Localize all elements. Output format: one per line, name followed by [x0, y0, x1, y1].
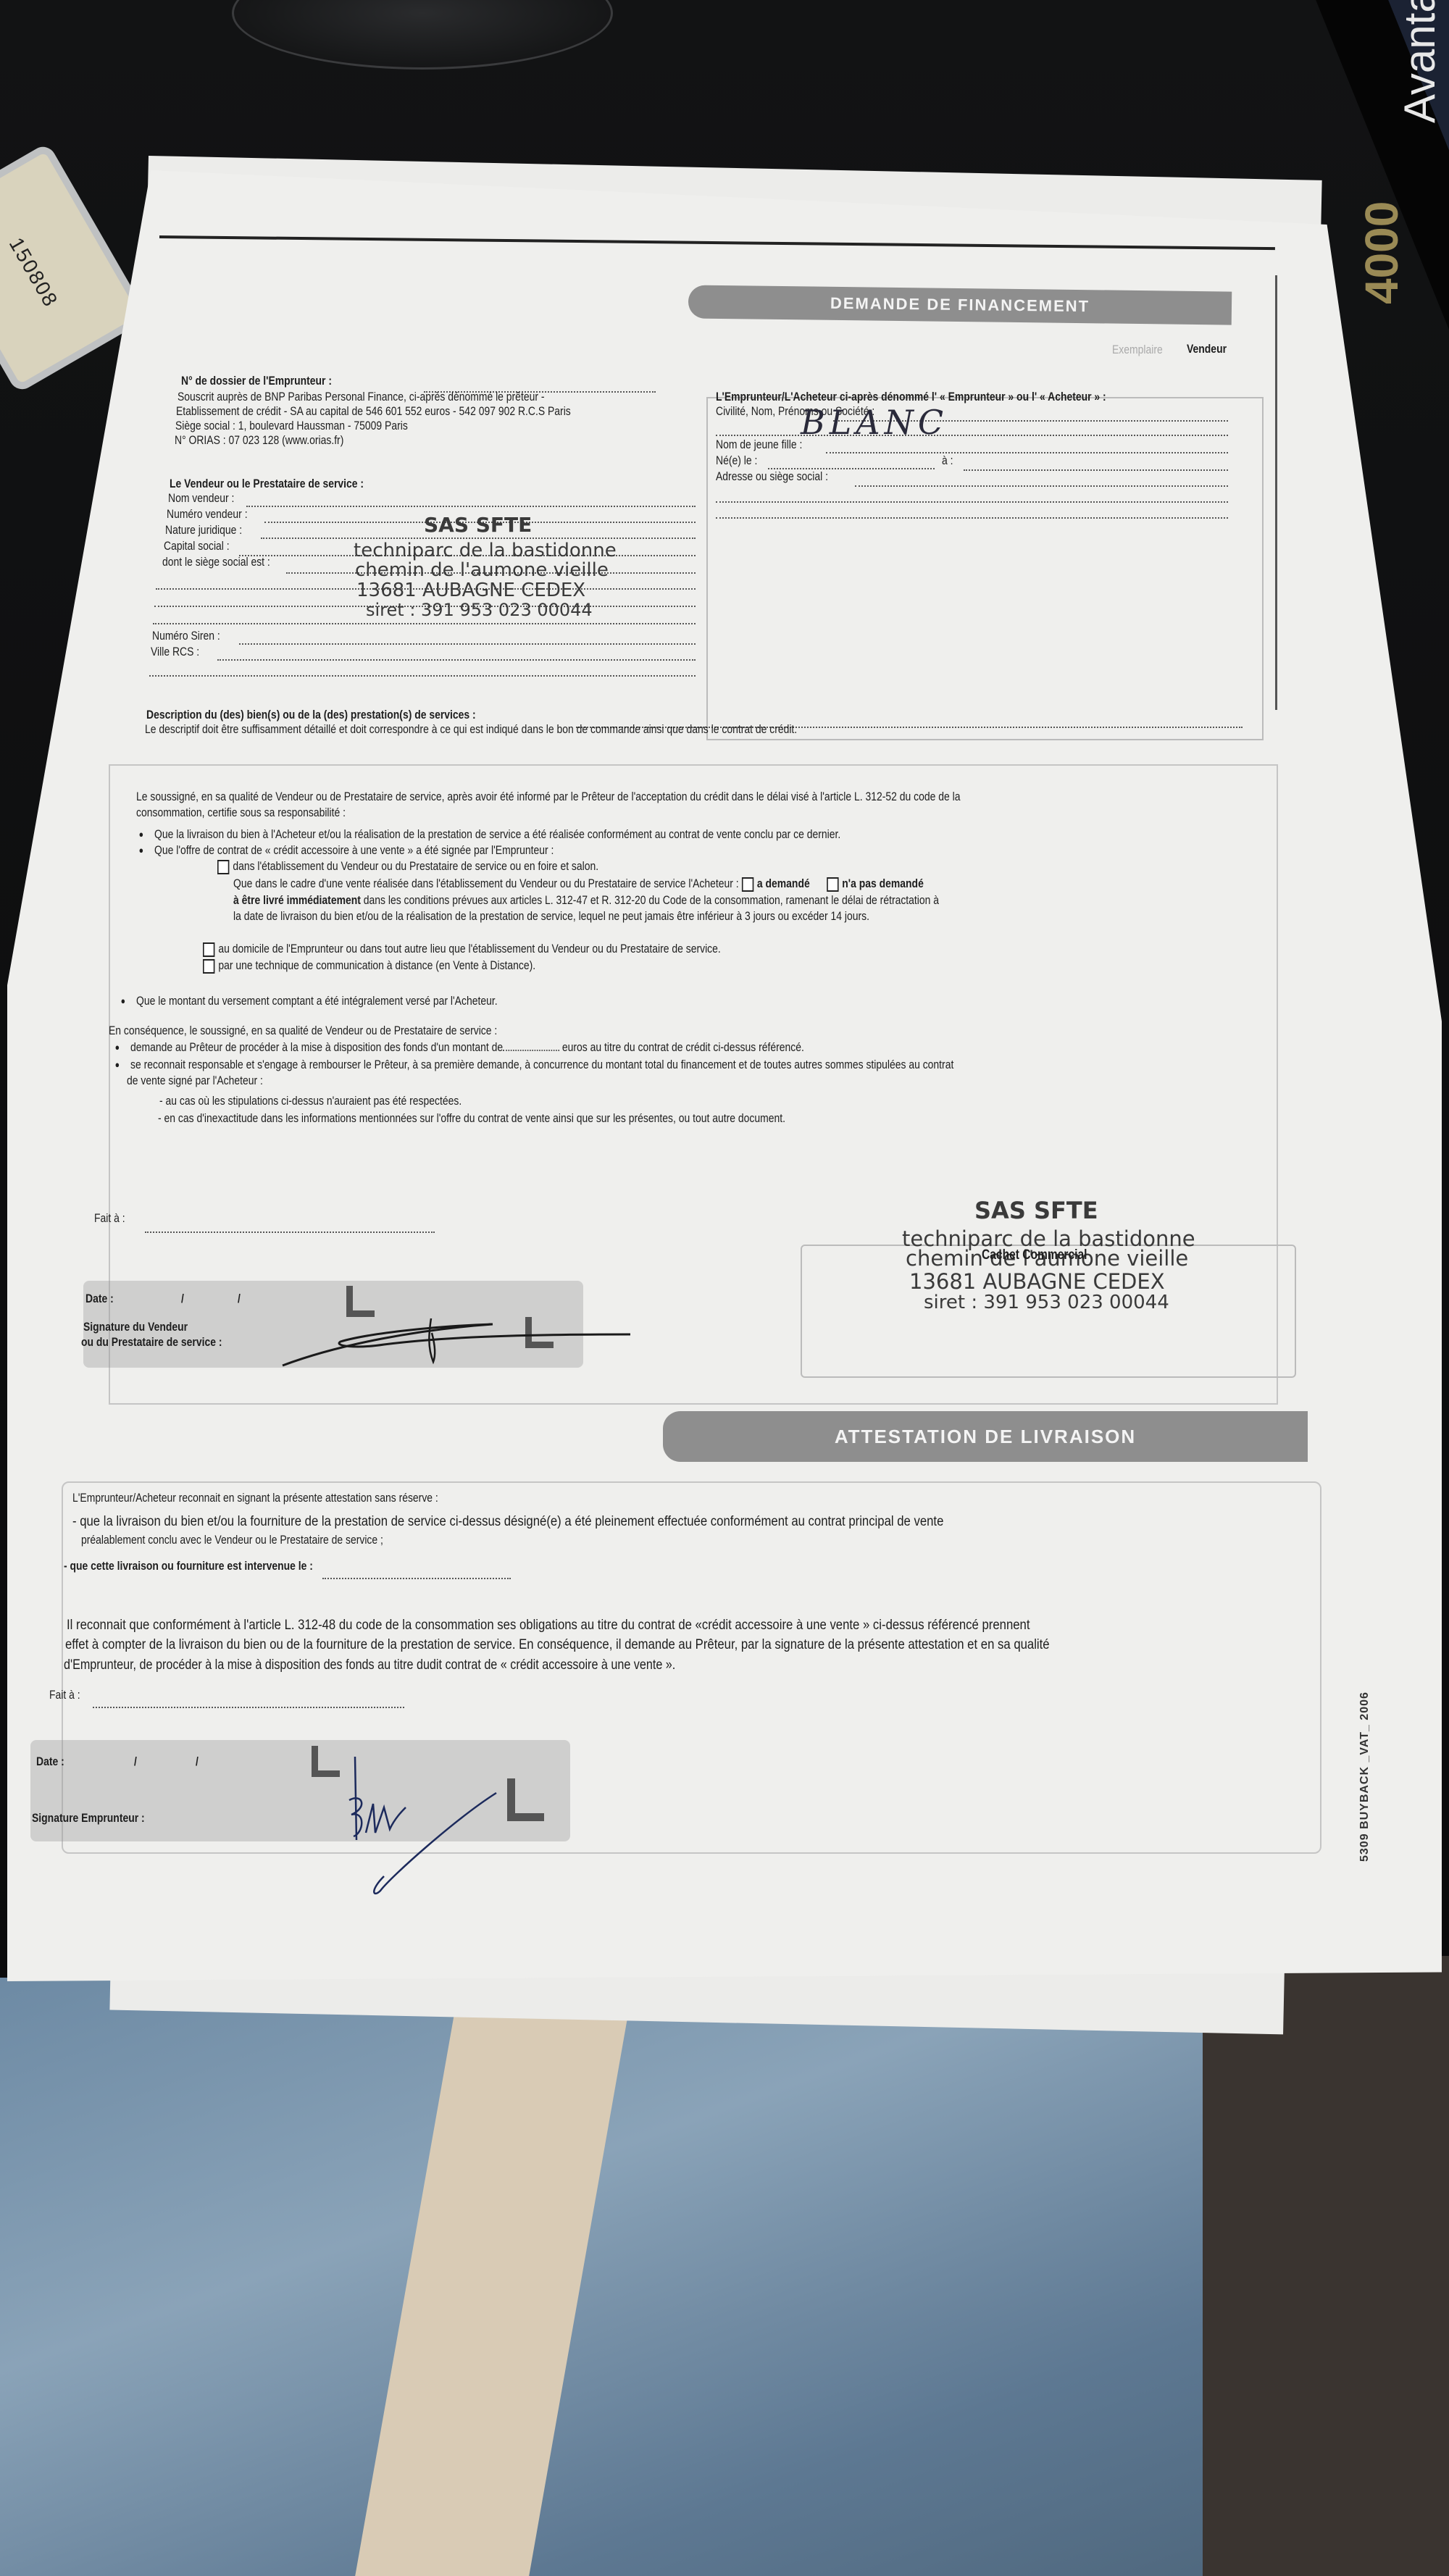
vendor-stamp-line-4: siret : 391 953 023 00044 — [366, 600, 593, 620]
lender-line-3: Siège social : 1, boulevard Haussman - 7… — [175, 419, 408, 433]
vendor-signature-label-1: Signature du Vendeur — [83, 1320, 188, 1334]
fait-a-field[interactable] — [145, 1231, 435, 1233]
civilite-handwritten: BLANC — [801, 403, 948, 442]
consequence-dash-1: - au cas où les stipulations ci-dessus n… — [159, 1094, 462, 1108]
vendor-stamp-line-2: chemin de l'aumone vieille — [355, 559, 609, 581]
lender-line-4: N° ORIAS : 07 023 128 (www.orias.fr) — [175, 433, 343, 448]
vendor-title: Le Vendeur ou le Prestataire de service … — [170, 477, 364, 491]
ville-rcs-label: Ville RCS : — [151, 645, 199, 659]
nom-vendeur-label: Nom vendeur : — [168, 491, 234, 506]
attestation-header: ATTESTATION DE LIVRAISON — [663, 1411, 1308, 1462]
vendor-date-sep-1: / — [181, 1292, 184, 1306]
checkbox-domicile[interactable] — [203, 942, 214, 957]
adresse-field-2[interactable] — [716, 501, 1228, 503]
consequence-intro: En conséquence, le soussigné, en sa qual… — [109, 1024, 497, 1038]
option-etablissement[interactable]: dans l'établissement du Vendeur ou du Pr… — [217, 859, 598, 874]
certification-bullet-2: Que l'offre de contrat de « crédit acces… — [154, 843, 554, 858]
certification-sub-3: la date de livraison du bien et/ou de la… — [233, 909, 869, 924]
borrower-date-sep-1: / — [134, 1755, 137, 1769]
nature-juridique-label: Nature juridique : — [165, 523, 242, 538]
consequence-bullet-2b: de vente signé par l'Acheteur : — [127, 1074, 263, 1088]
attestation-dash-1b: préalablement conclu avec le Vendeur ou … — [81, 1533, 383, 1547]
checkbox-distance[interactable] — [203, 959, 214, 974]
nom-vendeur-field[interactable] — [246, 506, 696, 507]
cachet-label: Cachet Commercial — [982, 1247, 1087, 1264]
adresse-field-3[interactable] — [716, 517, 1228, 519]
a-label: à : — [942, 453, 953, 468]
siren-label: Numéro Siren : — [152, 629, 220, 643]
siege-social-field-4[interactable] — [153, 623, 696, 624]
consequence-bullet-2: se reconnait responsable et s'engage à r… — [130, 1058, 953, 1072]
right-border-line — [1275, 275, 1277, 710]
attestation-para-1: Il reconnait que conformément à l'articl… — [67, 1618, 1030, 1634]
option-domicile[interactable]: au domicile de l'Emprunteur ou dans tout… — [203, 942, 721, 957]
ville-rcs-field-2[interactable] — [149, 675, 696, 677]
attestation-para-3: d'Emprunteur, de procéder à la mise à di… — [64, 1657, 675, 1674]
attestation-fait-a-field[interactable] — [93, 1707, 404, 1708]
fait-a-label: Fait à : — [94, 1211, 125, 1226]
document: DEMANDE DE FINANCEMENT Exemplaire Vendeu… — [0, 0, 1449, 2576]
lender-line-2: Etablissement de crédit - SA au capital … — [176, 404, 571, 419]
numero-vendeur-label: Numéro vendeur : — [167, 507, 248, 522]
consequence-dash-2: - en cas d'inexactitude dans les informa… — [158, 1111, 785, 1126]
borrower-signature-label: Signature Emprunteur : — [32, 1811, 145, 1826]
ne-a-field[interactable] — [964, 469, 1228, 471]
vendor-signature — [275, 1304, 638, 1369]
montant-field[interactable] — [503, 1050, 559, 1051]
checkbox-etablissement[interactable] — [217, 860, 229, 874]
attestation-intro: L'Emprunteur/Acheteur reconnait en signa… — [72, 1491, 438, 1505]
checkbox-na-pas-demande[interactable] — [827, 877, 838, 892]
vendor-date-label: Date : — [85, 1292, 114, 1306]
vendor-stamp-name: SAS SFTE — [424, 513, 532, 537]
certification-bullet-3: Que le montant du versement comptant a é… — [136, 994, 498, 1008]
attestation-para-2: effet à compter de la livraison du bien … — [65, 1637, 1050, 1654]
siege-social-label: dont le siège social est : — [162, 555, 270, 569]
nature-juridique-field[interactable] — [261, 538, 696, 539]
checkbox-a-demande[interactable] — [742, 877, 753, 892]
vendor-signature-label-2: ou du Prestataire de service : — [81, 1335, 222, 1350]
description-note: Le descriptif doit être suffisamment dét… — [145, 722, 797, 737]
borrower-signature — [333, 1753, 522, 1898]
certification-sub-1-row: Que dans le cadre d'une vente réalisée d… — [233, 877, 924, 892]
adresse-field[interactable] — [855, 485, 1228, 487]
attestation-fait-a-label: Fait à : — [49, 1688, 80, 1702]
certification-bullet-1: Que la livraison du bien à l'Acheteur et… — [154, 827, 840, 842]
borrower-date-label: Date : — [36, 1755, 64, 1769]
nom-jeune-fille-label: Nom de jeune fille : — [716, 438, 802, 452]
certification-intro-2: consommation, certifie sous sa responsab… — [136, 806, 346, 820]
civilite-field-2[interactable] — [716, 435, 1228, 436]
attestation-dash-1: - que la livraison du bien et/ou la four… — [72, 1514, 943, 1531]
cachet-stamp-line-3: 13681 AUBAGNE CEDEX — [909, 1269, 1165, 1294]
cachet-stamp-line-4: siret : 391 953 023 00044 — [924, 1292, 1169, 1313]
copy-label: Vendeur — [1187, 342, 1227, 356]
borrower-date-sep-2: / — [196, 1755, 199, 1769]
certification-intro-1: Le soussigné, en sa qualité de Vendeur o… — [136, 790, 960, 804]
top-border-line — [159, 235, 1275, 250]
attestation-dash-2: - que cette livraison ou fourniture est … — [64, 1559, 313, 1573]
ne-le-label: Né(e) le : — [716, 453, 757, 468]
vendor-stamp-line-1: techniparc de la bastidonne — [354, 540, 617, 561]
dossier-label: N° de dossier de l'Emprunteur : — [181, 374, 332, 388]
option-distance[interactable]: par une technique de communication à dis… — [203, 958, 535, 974]
lender-line-1: Souscrit auprès de BNP Paribas Personal … — [178, 390, 544, 404]
certification-sub-2: à être livré immédiatement dans les cond… — [233, 893, 939, 908]
form-reference: 5309 BUYBACK _VAT_ 2006 — [1358, 1691, 1371, 1862]
vendor-stamp-line-3: 13681 AUBAGNE CEDEX — [356, 580, 585, 601]
copy-label-faded: Exemplaire — [1112, 343, 1163, 357]
livraison-date-field[interactable] — [322, 1578, 511, 1579]
description-label: Description du (des) bien(s) ou de la (d… — [146, 708, 476, 722]
cachet-stamp-name: SAS SFTE — [974, 1197, 1098, 1224]
ville-rcs-field[interactable] — [217, 659, 696, 661]
demande-header: DEMANDE DE FINANCEMENT — [688, 285, 1232, 325]
adresse-label: Adresse ou siège social : — [716, 469, 828, 484]
siren-field[interactable] — [239, 643, 696, 645]
vendor-date-sep-2: / — [238, 1292, 241, 1306]
capital-social-label: Capital social : — [164, 539, 230, 553]
nom-jeune-fille-field[interactable] — [826, 452, 1228, 453]
consequence-bullet-1: demande au Prêteur de procéder à la mise… — [130, 1040, 804, 1055]
